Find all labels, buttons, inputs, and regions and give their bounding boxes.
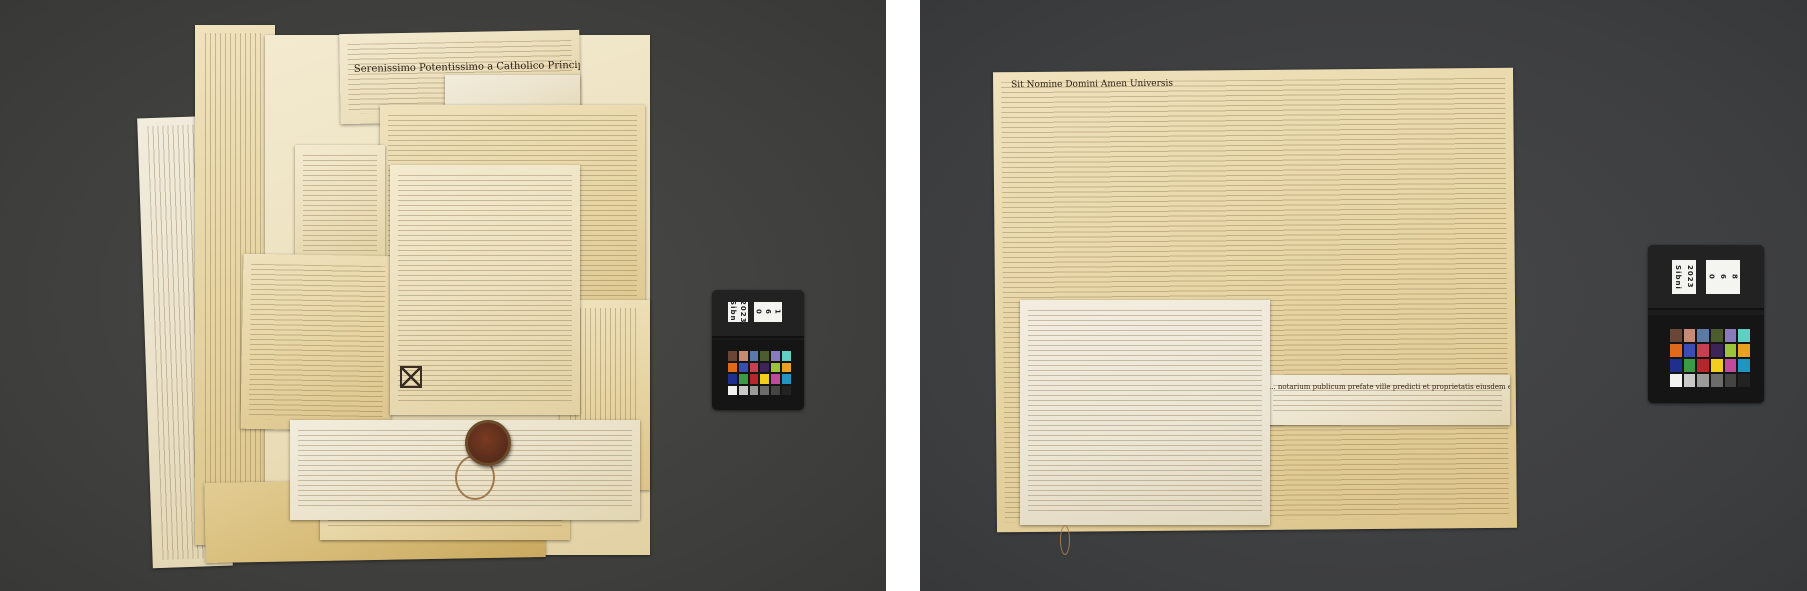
color-patch [1684,344,1696,357]
color-patch [771,363,780,373]
color-patch [728,351,737,361]
color-patch [728,386,737,396]
color-patch [728,363,737,373]
notarial-mark-icon [400,366,422,388]
color-patch [1738,329,1750,342]
color-patch [1738,344,1750,357]
color-patch [750,374,759,384]
color-patch [739,386,748,396]
color-patch [1711,374,1723,387]
checker-label-id: Sibni [728,302,738,322]
color-patch [1697,344,1709,357]
color-patch [1725,329,1737,342]
color-patch [1697,359,1709,372]
color-patch [739,363,748,373]
color-patch [782,374,791,384]
color-patch [1725,374,1737,387]
charter-heading: Sit Nomine Domini Amen Universis [1011,79,1173,90]
color-patch [1725,359,1737,372]
letter-cord [1060,525,1070,555]
color-patch [1711,344,1723,357]
parchment-sheet [240,254,393,432]
color-patch [760,386,769,396]
color-patch [1670,344,1682,357]
color-patch [1684,374,1696,387]
color-patch [1670,374,1682,387]
color-patch [782,386,791,396]
color-checker-card: Sibni 2023 068 [1648,245,1764,403]
checker-label-number: 061 [754,302,782,322]
color-patch [1670,329,1682,342]
checker-label-year: 2023 [1684,260,1696,294]
color-patch-grid [728,351,791,395]
color-patch [1711,359,1723,372]
color-patch [1697,329,1709,342]
parchment-sheet [295,145,385,265]
left-photo-panel: Serenissimo Potentissimo a Catholico Pri… [0,0,886,591]
wax-seal [465,420,511,466]
checker-label-year: 2023 [738,302,748,322]
charter-lower-band: ... notarium publicum prefate ville pred… [1265,375,1510,425]
color-patch [771,374,780,384]
color-patch [782,363,791,373]
color-patch [760,363,769,373]
color-patch [750,386,759,396]
color-patch [1684,359,1696,372]
color-patch [1738,359,1750,372]
color-patch [760,351,769,361]
color-patch [1738,374,1750,387]
color-patch [782,351,791,361]
color-checker-card: Sibni 2023 061 [712,290,804,410]
color-patch [1670,359,1682,372]
color-patch [728,374,737,384]
image-separator [886,0,920,591]
checker-label-id: Sibni [1672,260,1684,294]
color-patch [771,351,780,361]
color-patch [1725,344,1737,357]
color-patch [771,386,780,396]
folded-letter [1020,300,1270,525]
color-patch [750,363,759,373]
right-photo-panel: Sit Nomine Domini Amen Universis ... not… [920,0,1807,591]
color-patch [1697,374,1709,387]
color-patch-grid [1670,329,1750,387]
charter-lower-text: ... notarium publicum prefate ville pred… [1269,383,1510,391]
color-patch [750,351,759,361]
color-patch [1684,329,1696,342]
color-patch [739,374,748,384]
checker-label-number: 068 [1706,260,1740,294]
color-patch [760,374,769,384]
color-patch [739,351,748,361]
color-patch [1711,329,1723,342]
document-heading: Serenissimo Potentissimo a Catholico Pri… [354,59,581,75]
